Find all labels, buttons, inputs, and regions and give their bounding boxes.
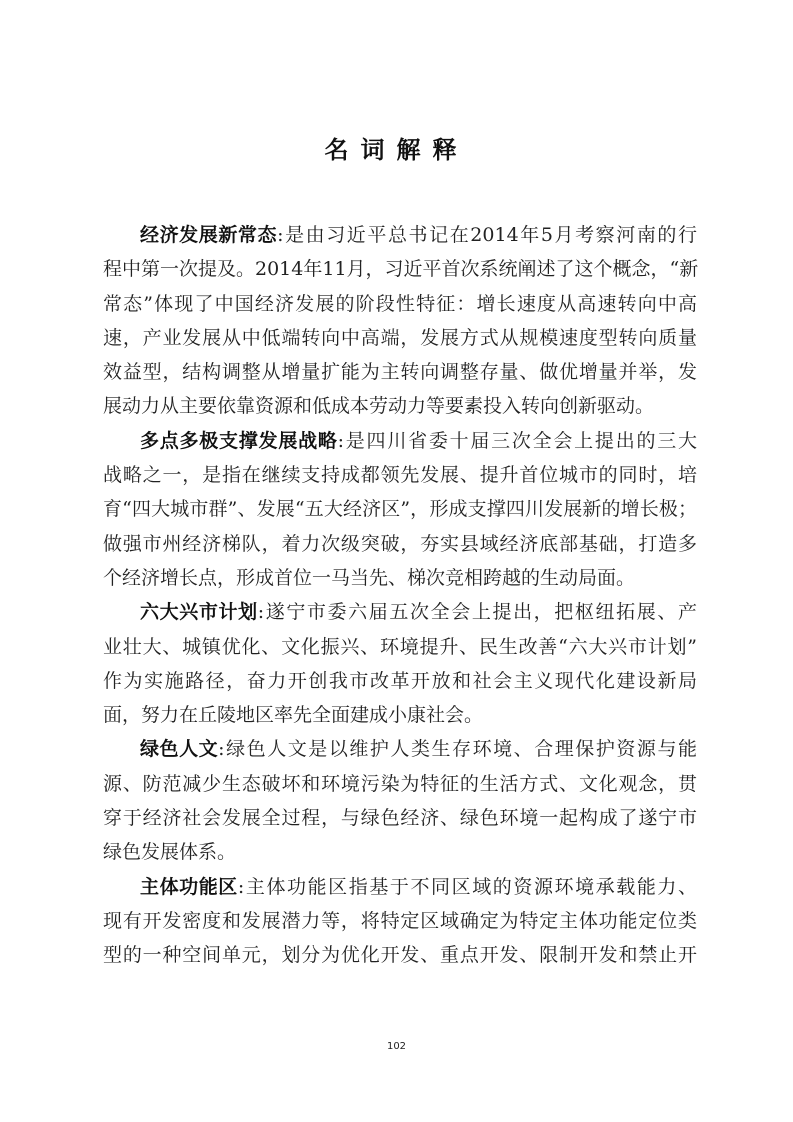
glossary-term: 绿色人文 [140,738,218,760]
entry-line: 程中第一次提及。2014年11月，习近平首次系统阐述了这个概念，“新 [103,252,697,286]
glossary-entry-green-humanities: 绿色人文:绿色人文是以维护人类生存环境、合理保护资源与能 源、防范减少生态破坏和… [103,732,697,869]
entry-text: 是四川省委十届三次全会上提出的三大 [344,430,697,452]
glossary-entry-main-functional-zone: 主体功能区:主体功能区指基于不同区域的资源环境承载能力、 现有开发密度和发展潜力… [103,870,697,973]
entry-line: 多点多极支撑发展战略:是四川省委十届三次全会上提出的三大 [103,424,697,458]
entry-line: 绿色人文:绿色人文是以维护人类生存环境、合理保护资源与能 [103,732,697,766]
entry-line: 面，努力在丘陵地区率先全面建成小康社会。 [103,698,697,732]
entry-line: 主体功能区:主体功能区指基于不同区域的资源环境承载能力、 [103,870,697,904]
entry-line: 源、防范减少生态破坏和环境污染为特征的生活方式、文化观念，贯 [103,767,697,801]
page-number: 102 [0,1041,793,1052]
entry-text: 主体功能区指基于不同区域的资源环境承载能力、 [244,876,697,898]
entry-line: 做强市州经济梯队，着力次级突破，夯实县域经济底部基础，打造多 [103,527,697,561]
entry-text: 绿色人文是以维护人类生存环境、合理保护资源与能 [225,738,697,760]
glossary-term: 主体功能区 [140,876,238,898]
entry-line: 展动力从主要依靠资源和低成本劳动力等要素投入转向创新驱动。 [103,389,697,423]
page-title: 名词解释 [0,130,793,165]
entry-line: 现有开发密度和发展潜力等，将特定区域确定为特定主体功能定位类 [103,904,697,938]
entry-line: 六大兴市计划:遂宁市委六届五次全会上提出，把枢纽拓展、产 [103,595,697,629]
entry-line: 效益型，结构调整从增量扩能为主转向调整存量、做优增量并举，发 [103,355,697,389]
glossary-term: 六大兴市计划 [140,601,258,623]
entry-line: 型的一种空间单元，划分为优化开发、重点开发、限制开发和禁止开 [103,938,697,972]
entry-line: 常态”体现了中国经济发展的阶段性特征：增长速度从高速转向中高 [103,287,697,321]
glossary-term: 多点多极支撑发展战略 [140,430,338,452]
entry-line: 个经济增长点，形成首位一马当先、梯次竞相跨越的生动局面。 [103,561,697,595]
glossary-entry-multipoint-strategy: 多点多极支撑发展战略:是四川省委十届三次全会上提出的三大 战略之一，是指在继续支… [103,424,697,595]
entry-line: 战略之一，是指在继续支持成都领先发展、提升首位城市的同时，培 [103,458,697,492]
entry-line: 速，产业发展从中低端转向中高端，发展方式从规模速度型转向质量 [103,321,697,355]
entry-line: 育“四大城市群”、发展“五大经济区”，形成支撑四川发展新的增长极； [103,492,697,526]
glossary-entry-six-city-plans: 六大兴市计划:遂宁市委六届五次全会上提出，把枢纽拓展、产 业壮大、城镇优化、文化… [103,595,697,732]
entry-text: 遂宁市委六届五次全会上提出，把枢纽拓展、产 [264,601,697,623]
entry-line: 经济发展新常态:是由习近平总书记在2014年5月考察河南的行 [103,218,697,252]
entry-line: 绿色发展体系。 [103,835,697,869]
glossary-body: 经济发展新常态:是由习近平总书记在2014年5月考察河南的行 程中第一次提及。2… [103,218,697,973]
entry-line: 业壮大、城镇优化、文化振兴、环境提升、民生改善“六大兴市计划” [103,630,697,664]
entry-line: 作为实施路径，奋力开创我市改革开放和社会主义现代化建设新局 [103,664,697,698]
entry-line: 穿于经济社会发展全过程，与绿色经济、绿色环境一起构成了遂宁市 [103,801,697,835]
glossary-entry-economic-new-normal: 经济发展新常态:是由习近平总书记在2014年5月考察河南的行 程中第一次提及。2… [103,218,697,424]
glossary-term: 经济发展新常态 [140,224,277,246]
entry-text: 是由习近平总书记在2014年5月考察河南的行 [283,224,697,246]
